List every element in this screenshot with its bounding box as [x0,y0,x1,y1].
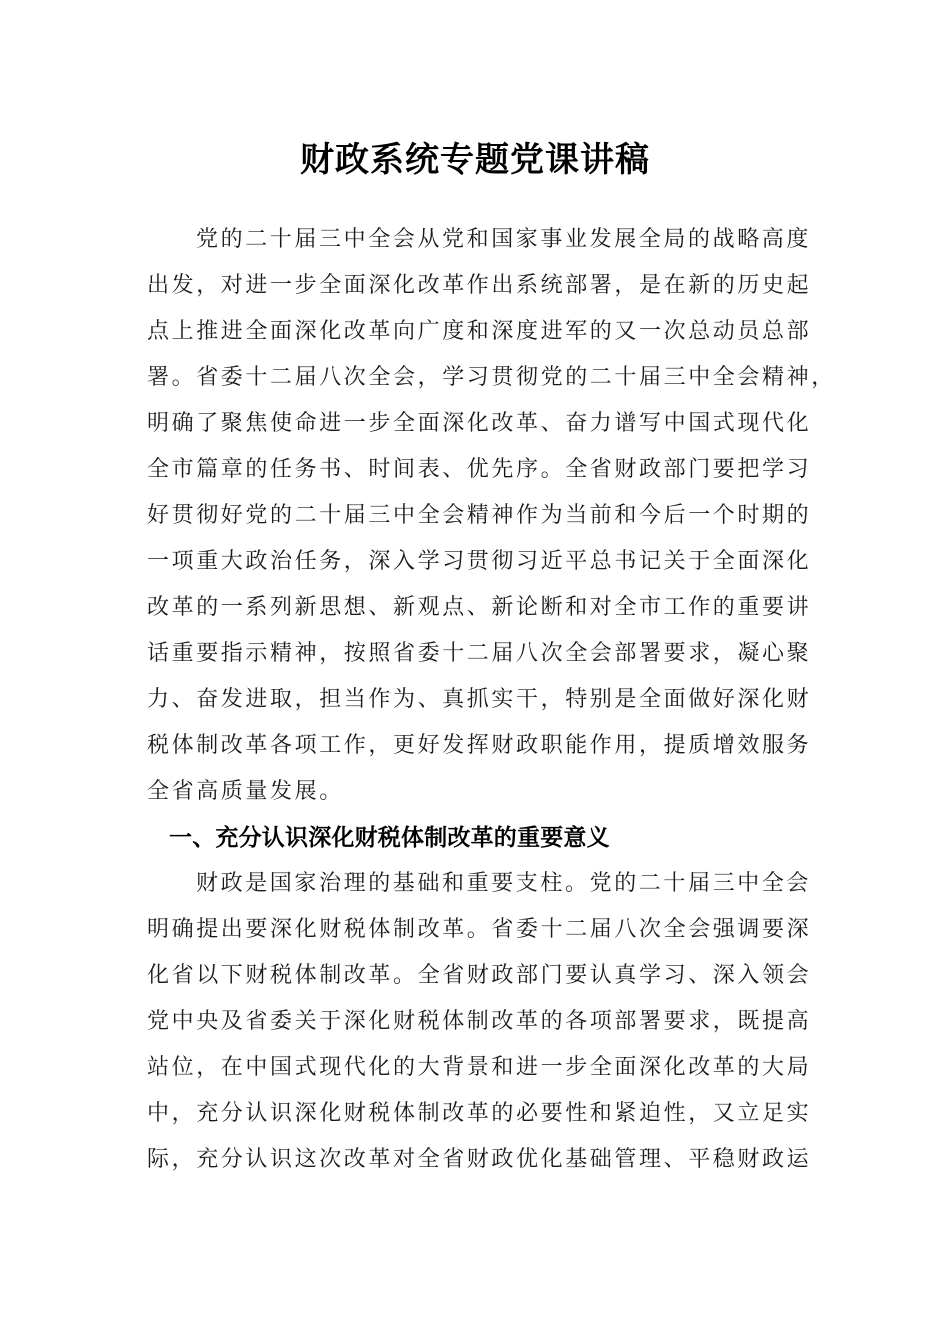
section-1: 一、充分认识深化财税体制改革的重要意义 财政是国家治理的基础和重要支柱。党的二十… [147,815,827,1183]
paragraph-line: 全省高质量发展。 [147,769,827,815]
paragraph-line: 点上推进全面深化改革向广度和深度进军的又一次总动员总部 [147,309,827,355]
paragraph-line: 税体制改革各项工作，更好发挥财政职能作用，提质增效服务 [147,723,827,769]
paragraph-line: 明确了聚焦使命进一步全面深化改革、奋力谱写中国式现代化 [147,401,827,447]
section-heading: 一、充分认识深化财税体制改革的重要意义 [147,815,827,861]
paragraph-line: 好贯彻好党的二十届三中全会精神作为当前和今后一个时期的 [147,493,827,539]
paragraph-line: 出发，对进一步全面深化改革作出系统部署，是在新的历史起 [147,263,827,309]
paragraph-line: 署。省委十二届八次全会，学习贯彻党的二十届三中全会精神， [147,355,827,401]
paragraph-line: 一项重大政治任务，深入学习贯彻习近平总书记关于全面深化 [147,539,827,585]
paragraph-line: 改革的一系列新思想、新观点、新论断和对全市工作的重要讲 [147,585,827,631]
paragraph-line: 力、奋发进取，担当作为、真抓实干，特别是全面做好深化财 [147,677,827,723]
paragraph-line: 财政是国家治理的基础和重要支柱。党的二十届三中全会 [147,861,827,907]
paragraph-line: 际，充分认识这次改革对全省财政优化基础管理、平稳财政运 [147,1137,827,1183]
paragraph-line: 话重要指示精神，按照省委十二届八次全会部署要求，凝心聚 [147,631,827,677]
document-page: 财政系统专题党课讲稿 党的二十届三中全会从党和国家事业发展全局的战略高度 出发，… [0,0,950,1344]
paragraph-line: 明确提出要深化财税体制改革。省委十二届八次全会强调要深 [147,907,827,953]
paragraph-line: 党中央及省委关于深化财税体制改革的各项部署要求，既提高 [147,999,827,1045]
paragraph-line: 化省以下财税体制改革。全省财政部门要认真学习、深入领会 [147,953,827,999]
intro-paragraph: 党的二十届三中全会从党和国家事业发展全局的战略高度 出发，对进一步全面深化改革作… [147,217,827,815]
paragraph-line: 全市篇章的任务书、时间表、优先序。全省财政部门要把学习 [147,447,827,493]
document-title: 财政系统专题党课讲稿 [0,138,950,182]
paragraph-line: 中，充分认识深化财税体制改革的必要性和紧迫性，又立足实 [147,1091,827,1137]
paragraph-line: 党的二十届三中全会从党和国家事业发展全局的战略高度 [147,217,827,263]
paragraph-line: 站位，在中国式现代化的大背景和进一步全面深化改革的大局 [147,1045,827,1091]
